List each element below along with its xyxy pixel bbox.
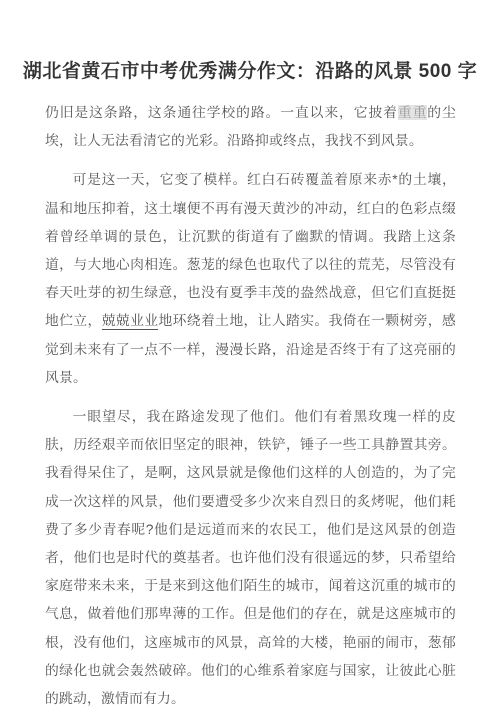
text-segment: 一眼望尽，我在路途发现了他们。他们有着黑玫瑰一样的皮肤，历经艰辛而依旧坚定的眼神… (45, 409, 456, 706)
essay-paragraph: 一眼望尽，我在路途发现了他们。他们有着黑玫瑰一样的皮肤，历经艰辛而依旧坚定的眼神… (45, 403, 456, 707)
essay-paragraph: 可是这一天，它变了模样。红白石砖覆盖着原来赤*的土壤，温和地压抑着，这土壤便不再… (45, 166, 456, 392)
flagged-text-underline: 兢兢业业 (102, 313, 159, 330)
flagged-text-highlight: 重重 (398, 105, 427, 120)
text-segment: 可是这一天，它变了模样。红白石砖覆盖着原来赤*的土壤，温和地压抑着，这土壤便不再… (45, 172, 456, 328)
text-segment: 仍旧是这条路，这条通往学校的路。一直以来，它披着 (45, 105, 398, 120)
essay-title: 湖北省黄石市中考优秀满分作文：沿路的风景 500 字 (20, 58, 480, 86)
essay-page: 湖北省黄石市中考优秀满分作文：沿路的风景 500 字 仍旧是这条路，这条通往学校… (0, 0, 500, 707)
essay-paragraph: 仍旧是这条路，这条通往学校的路。一直以来，它披着重重的尘埃，让人无法看清它的光彩… (45, 99, 456, 155)
essay-body: 仍旧是这条路，这条通往学校的路。一直以来，它披着重重的尘埃，让人无法看清它的光彩… (45, 99, 456, 707)
